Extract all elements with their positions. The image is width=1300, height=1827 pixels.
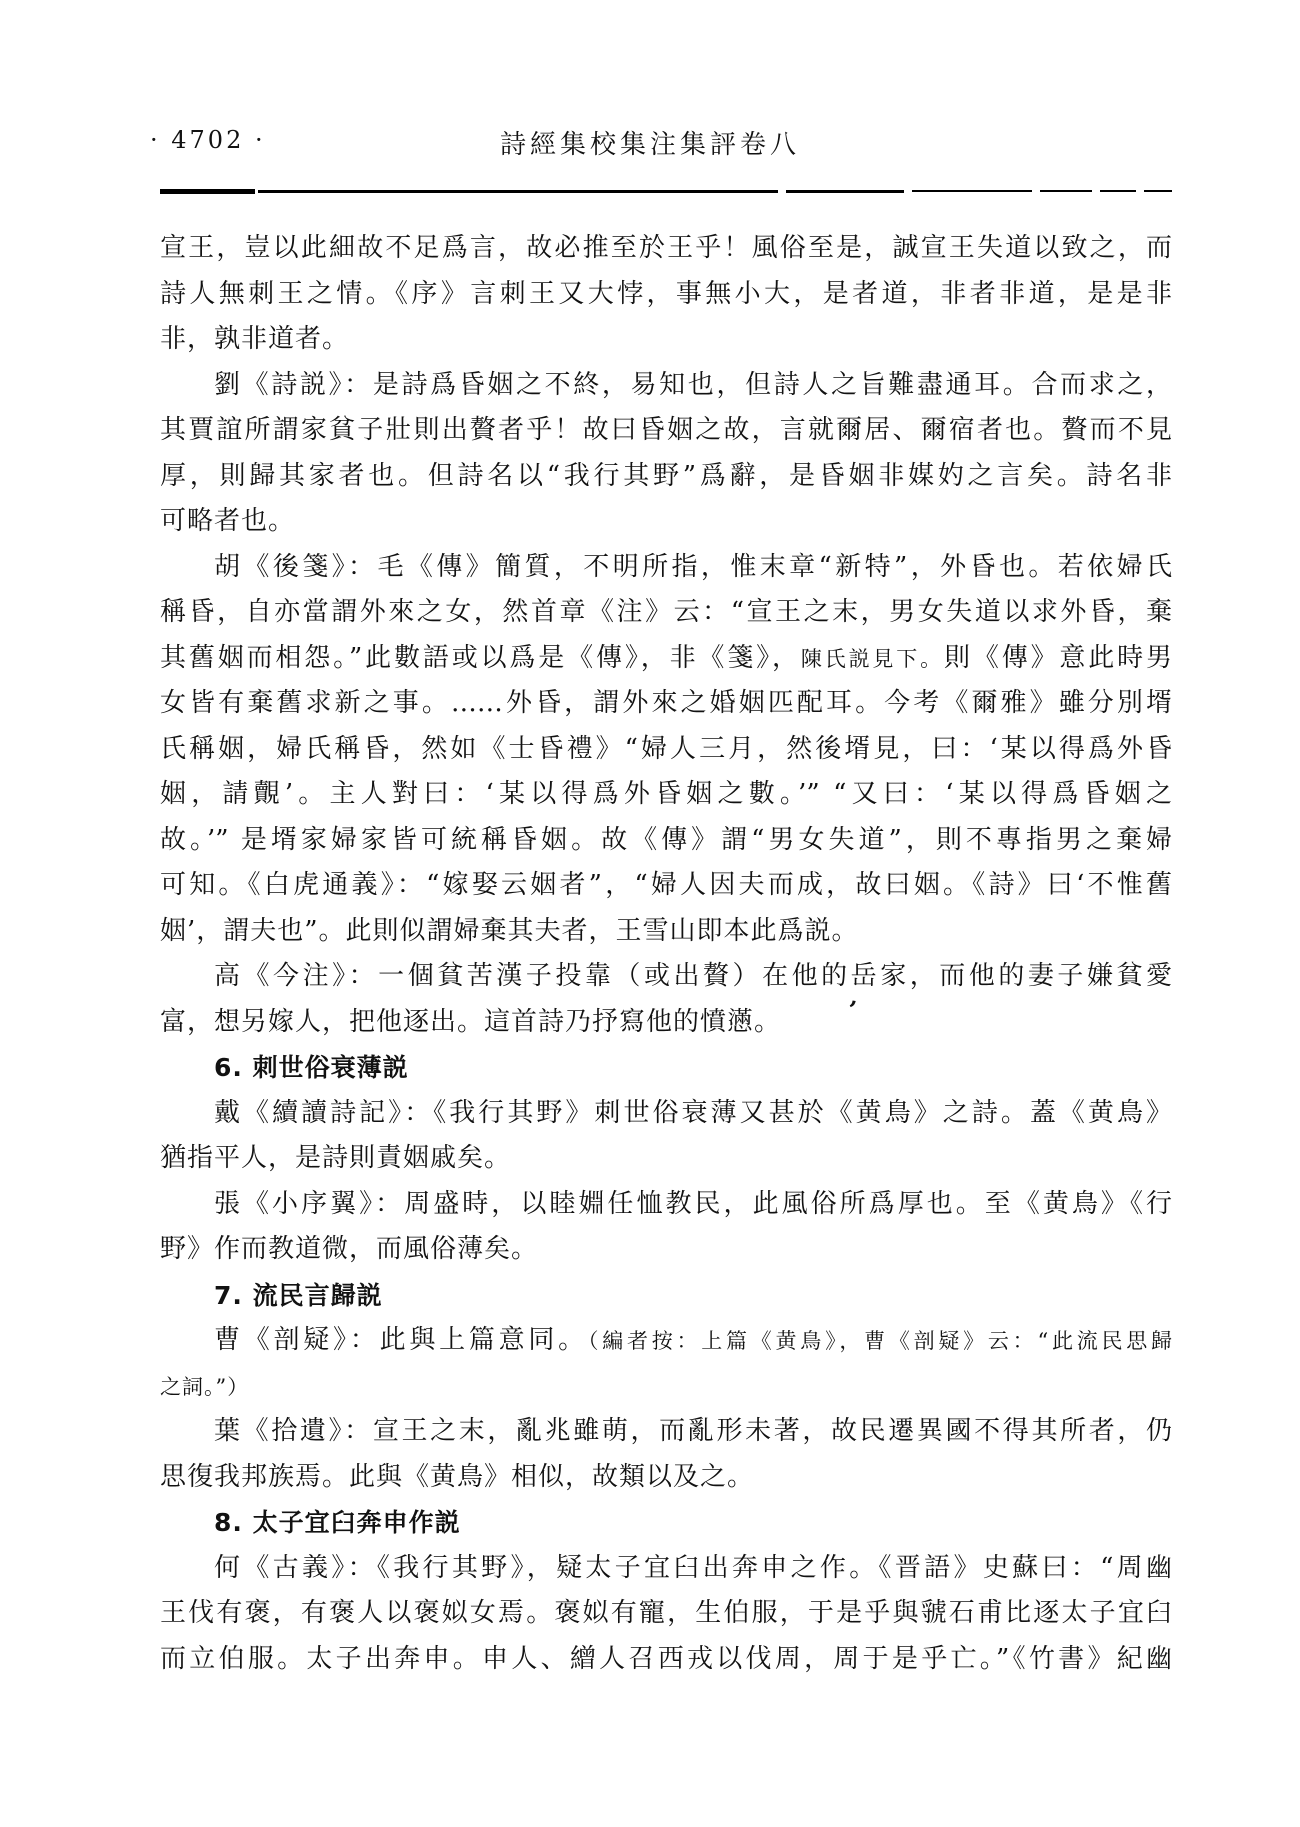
annotation-text: 之詞。”）	[160, 1375, 249, 1399]
rule-segment	[912, 190, 1032, 192]
text-line: 思復我邦族焉。此與《黄鳥》相似，故類以及之。	[160, 1455, 1172, 1501]
rule-segment	[160, 189, 255, 194]
text-line: 富，想另嫁人，把他逐出。這首詩乃抒寫他的憤懣。	[160, 1000, 1172, 1046]
text-line: 野》作而教道微，而風俗薄矣。	[160, 1227, 1172, 1273]
body-text: 何《古義》：《我行其野》，疑太子宜臼出奔申之作。《晋語》史蘇曰：“周幽	[214, 1553, 1172, 1583]
text-line: 女皆有棄舊求新之事。……外昏，謂外來之婚姻匹配耳。今考《爾雅》雖分別壻	[160, 681, 1172, 727]
body-text: 則《傳》意此時男	[944, 643, 1172, 673]
text-line: 7. 流民言歸説	[160, 1273, 1172, 1319]
text-line: 可略者也。	[160, 499, 1172, 545]
body-text: 王伐有褒，有褒人以褒姒女焉。褒姒有寵，生伯服，于是乎與虢石甫比逐太子宜臼	[160, 1598, 1172, 1628]
text-line: 故。’” 是壻家婦家皆可統稱昏姻。故《傳》謂“男女失道”，則不專指男之棄婦	[160, 818, 1172, 864]
text-line: 可知。《白虎通義》：“嫁娶云姻者”，“婦人因夫而成，故曰姻。《詩》曰‘不惟舊	[160, 863, 1172, 909]
body-text: 張《小序翼》：周盛時，以睦婣任恤教民，此風俗所爲厚也。至《黄鳥》《行	[214, 1189, 1172, 1219]
body-text: 稱昏，自亦當謂外來之女，然首章《注》云：“宣王之末，男女失道以求外昏，棄	[160, 597, 1172, 627]
text-line: 胡《後箋》：毛《傳》簡質，不明所指，惟末章“新特”，外昏也。若依婦氏	[160, 545, 1172, 591]
rule-segment	[1040, 190, 1092, 192]
rule-segment	[1100, 190, 1136, 192]
text-line: 曹《剖疑》：此與上篇意同。（編者按：上篇《黄鳥》，曹《剖疑》云：“此流民思歸	[160, 1318, 1172, 1364]
rule-segment	[786, 190, 904, 193]
body-text: 非，孰非道者。	[160, 324, 349, 354]
body-text: 思復我邦族焉。此與《黄鳥》相似，故類以及之。	[160, 1462, 754, 1492]
rule-segment	[1144, 190, 1172, 192]
body-text: 可略者也。	[160, 506, 295, 536]
text-line: 姻’，謂夫也”。此則似謂婦棄其夫者，王雪山即本此爲説。	[160, 909, 1172, 955]
text-line: 6. 刺世俗衰薄説	[160, 1045, 1172, 1091]
text-line: 高《今注》：一個貧苦漢子投靠（或出贅）在他的岳家，而他的妻子嫌貧愛	[160, 954, 1172, 1000]
text-line: 猶指平人，是詩則責姻戚矣。	[160, 1136, 1172, 1182]
text-line: 8. 太子宜臼奔申作説	[160, 1500, 1172, 1546]
annotation-text: 陳氏説見下。	[801, 647, 944, 671]
text-line: 厚，則歸其家者也。但詩名以“我行其野”爲辭，是昏姻非媒妁之言矣。詩名非	[160, 454, 1172, 500]
text-line: 其舊姻而相怨。”此數語或以爲是《傳》，非《箋》，陳氏説見下。則《傳》意此時男	[160, 636, 1172, 682]
annotation-text: （編者按：上篇《黄鳥》，曹《剖疑》云：“此流民思歸	[588, 1329, 1172, 1353]
text-line: 宣王，豈以此細故不足爲言，故必推至於王乎！風俗至是，誠宣王失道以致之，而	[160, 226, 1172, 272]
body-text: 劉《詩説》：是詩爲昏姻之不終，易知也，但詩人之旨難盡通耳。合而求之，	[214, 370, 1172, 400]
text-line: 王伐有褒，有褒人以褒姒女焉。褒姒有寵，生伯服，于是乎與虢石甫比逐太子宜臼	[160, 1591, 1172, 1637]
body-text: 胡《後箋》：毛《傳》簡質，不明所指，惟末章“新特”，外昏也。若依婦氏	[214, 552, 1172, 582]
scanned-book-page: · 4702 · 詩經集校集注集評卷八 宣王，豈以此細故不足爲言，故必推至於王乎…	[0, 0, 1300, 1827]
body-text: 野》作而教道微，而風俗薄矣。	[160, 1234, 538, 1264]
body-text: 8. 太子宜臼奔申作説	[214, 1508, 461, 1537]
text-line: 而立伯服。太子出奔申。申人、繒人召西戎以伐周，周于是乎亡。”《竹書》紀幽	[160, 1637, 1172, 1683]
text-line: 姻，請覿’。主人對曰：‘某以得爲外昏姻之數。’” “又曰：‘某以得爲昏姻之	[160, 772, 1172, 818]
body-text: 故。’” 是壻家婦家皆可統稱昏姻。故《傳》謂“男女失道”，則不專指男之棄婦	[160, 825, 1172, 855]
text-line: 劉《詩説》：是詩爲昏姻之不終，易知也，但詩人之旨難盡通耳。合而求之，	[160, 363, 1172, 409]
body-text: 其舊姻而相怨。”此數語或以爲是《傳》，非《箋》，	[160, 643, 801, 673]
body-text: 而立伯服。太子出奔申。申人、繒人召西戎以伐周，周于是乎亡。”《竹書》紀幽	[160, 1644, 1172, 1674]
text-line: 其賈誼所謂家貧子壯則出贅者乎！故曰昏姻之故，言就爾居、爾宿者也。贅而不見	[160, 408, 1172, 454]
text-line: 之詞。”）	[160, 1364, 1172, 1410]
body-text: 其賈誼所謂家貧子壯則出贅者乎！故曰昏姻之故，言就爾居、爾宿者也。贅而不見	[160, 415, 1172, 445]
body-text: 姻’，謂夫也”。此則似謂婦棄其夫者，王雪山即本此爲説。	[160, 916, 859, 946]
running-head-book-title: 詩經集校集注集評卷八	[0, 124, 1300, 161]
text-line: 稱昏，自亦當謂外來之女，然首章《注》云：“宣王之末，男女失道以求外昏，棄	[160, 590, 1172, 636]
text-line: 葉《拾遺》：宣王之末，亂兆雖萌，而亂形未著，故民遷異國不得其所者，仍	[160, 1409, 1172, 1455]
text-line: 非，孰非道者。	[160, 317, 1172, 363]
body-text: 宣王，豈以此細故不足爲言，故必推至於王乎！風俗至是，誠宣王失道以致之，而	[160, 233, 1172, 263]
rule-segment	[258, 190, 778, 193]
body-text: 詩人無刺王之情。《序》言刺王又大悖，事無小大，是者道，非者非道，是是非	[160, 279, 1172, 309]
body-text: 猶指平人，是詩則責姻戚矣。	[160, 1143, 511, 1173]
text-block: 宣王，豈以此細故不足爲言，故必推至於王乎！風俗至是，誠宣王失道以致之，而詩人無刺…	[160, 226, 1172, 1682]
body-text: 姻，請覿’。主人對曰：‘某以得爲外昏姻之數。’” “又曰：‘某以得爲昏姻之	[160, 779, 1172, 809]
text-line: 詩人無刺王之情。《序》言刺王又大悖，事無小大，是者道，非者非道，是是非	[160, 272, 1172, 318]
body-text: 曹《剖疑》：此與上篇意同。	[214, 1325, 588, 1355]
body-text: 戴《續讀詩記》：《我行其野》刺世俗衰薄又甚於《黄鳥》之詩。蓋《黄鳥》	[214, 1098, 1172, 1128]
body-text: 7. 流民言歸説	[214, 1281, 383, 1310]
text-line: 氏稱姻，婦氏稱昏，然如《士昏禮》“婦人三月，然後壻見，曰：‘某以得爲外昏	[160, 727, 1172, 773]
body-text: 富，想另嫁人，把他逐出。這首詩乃抒寫他的憤懣。	[160, 1007, 781, 1037]
body-text: 女皆有棄舊求新之事。……外昏，謂外來之婚姻匹配耳。今考《爾雅》雖分別壻	[160, 688, 1172, 718]
body-text: 6. 刺世俗衰薄説	[214, 1053, 409, 1082]
body-text: 葉《拾遺》：宣王之末，亂兆雖萌，而亂形未著，故民遷異國不得其所者，仍	[214, 1416, 1172, 1446]
body-text: 厚，則歸其家者也。但詩名以“我行其野”爲辭，是昏姻非媒妁之言矣。詩名非	[160, 461, 1172, 491]
body-text: 可知。《白虎通義》：“嫁娶云姻者”，“婦人因夫而成，故曰姻。《詩》曰‘不惟舊	[160, 870, 1172, 900]
text-line: 何《古義》：《我行其野》，疑太子宜臼出奔申之作。《晋語》史蘇曰：“周幽	[160, 1546, 1172, 1592]
text-line: 張《小序翼》：周盛時，以睦婣任恤教民，此風俗所爲厚也。至《黄鳥》《行	[160, 1182, 1172, 1228]
body-text: 高《今注》：一個貧苦漢子投靠（或出贅）在他的岳家，而他的妻子嫌貧愛	[214, 961, 1172, 991]
body-text: 氏稱姻，婦氏稱昏，然如《士昏禮》“婦人三月，然後壻見，曰：‘某以得爲外昏	[160, 734, 1172, 764]
text-line: 戴《續讀詩記》：《我行其野》刺世俗衰薄又甚於《黄鳥》之詩。蓋《黄鳥》	[160, 1091, 1172, 1137]
